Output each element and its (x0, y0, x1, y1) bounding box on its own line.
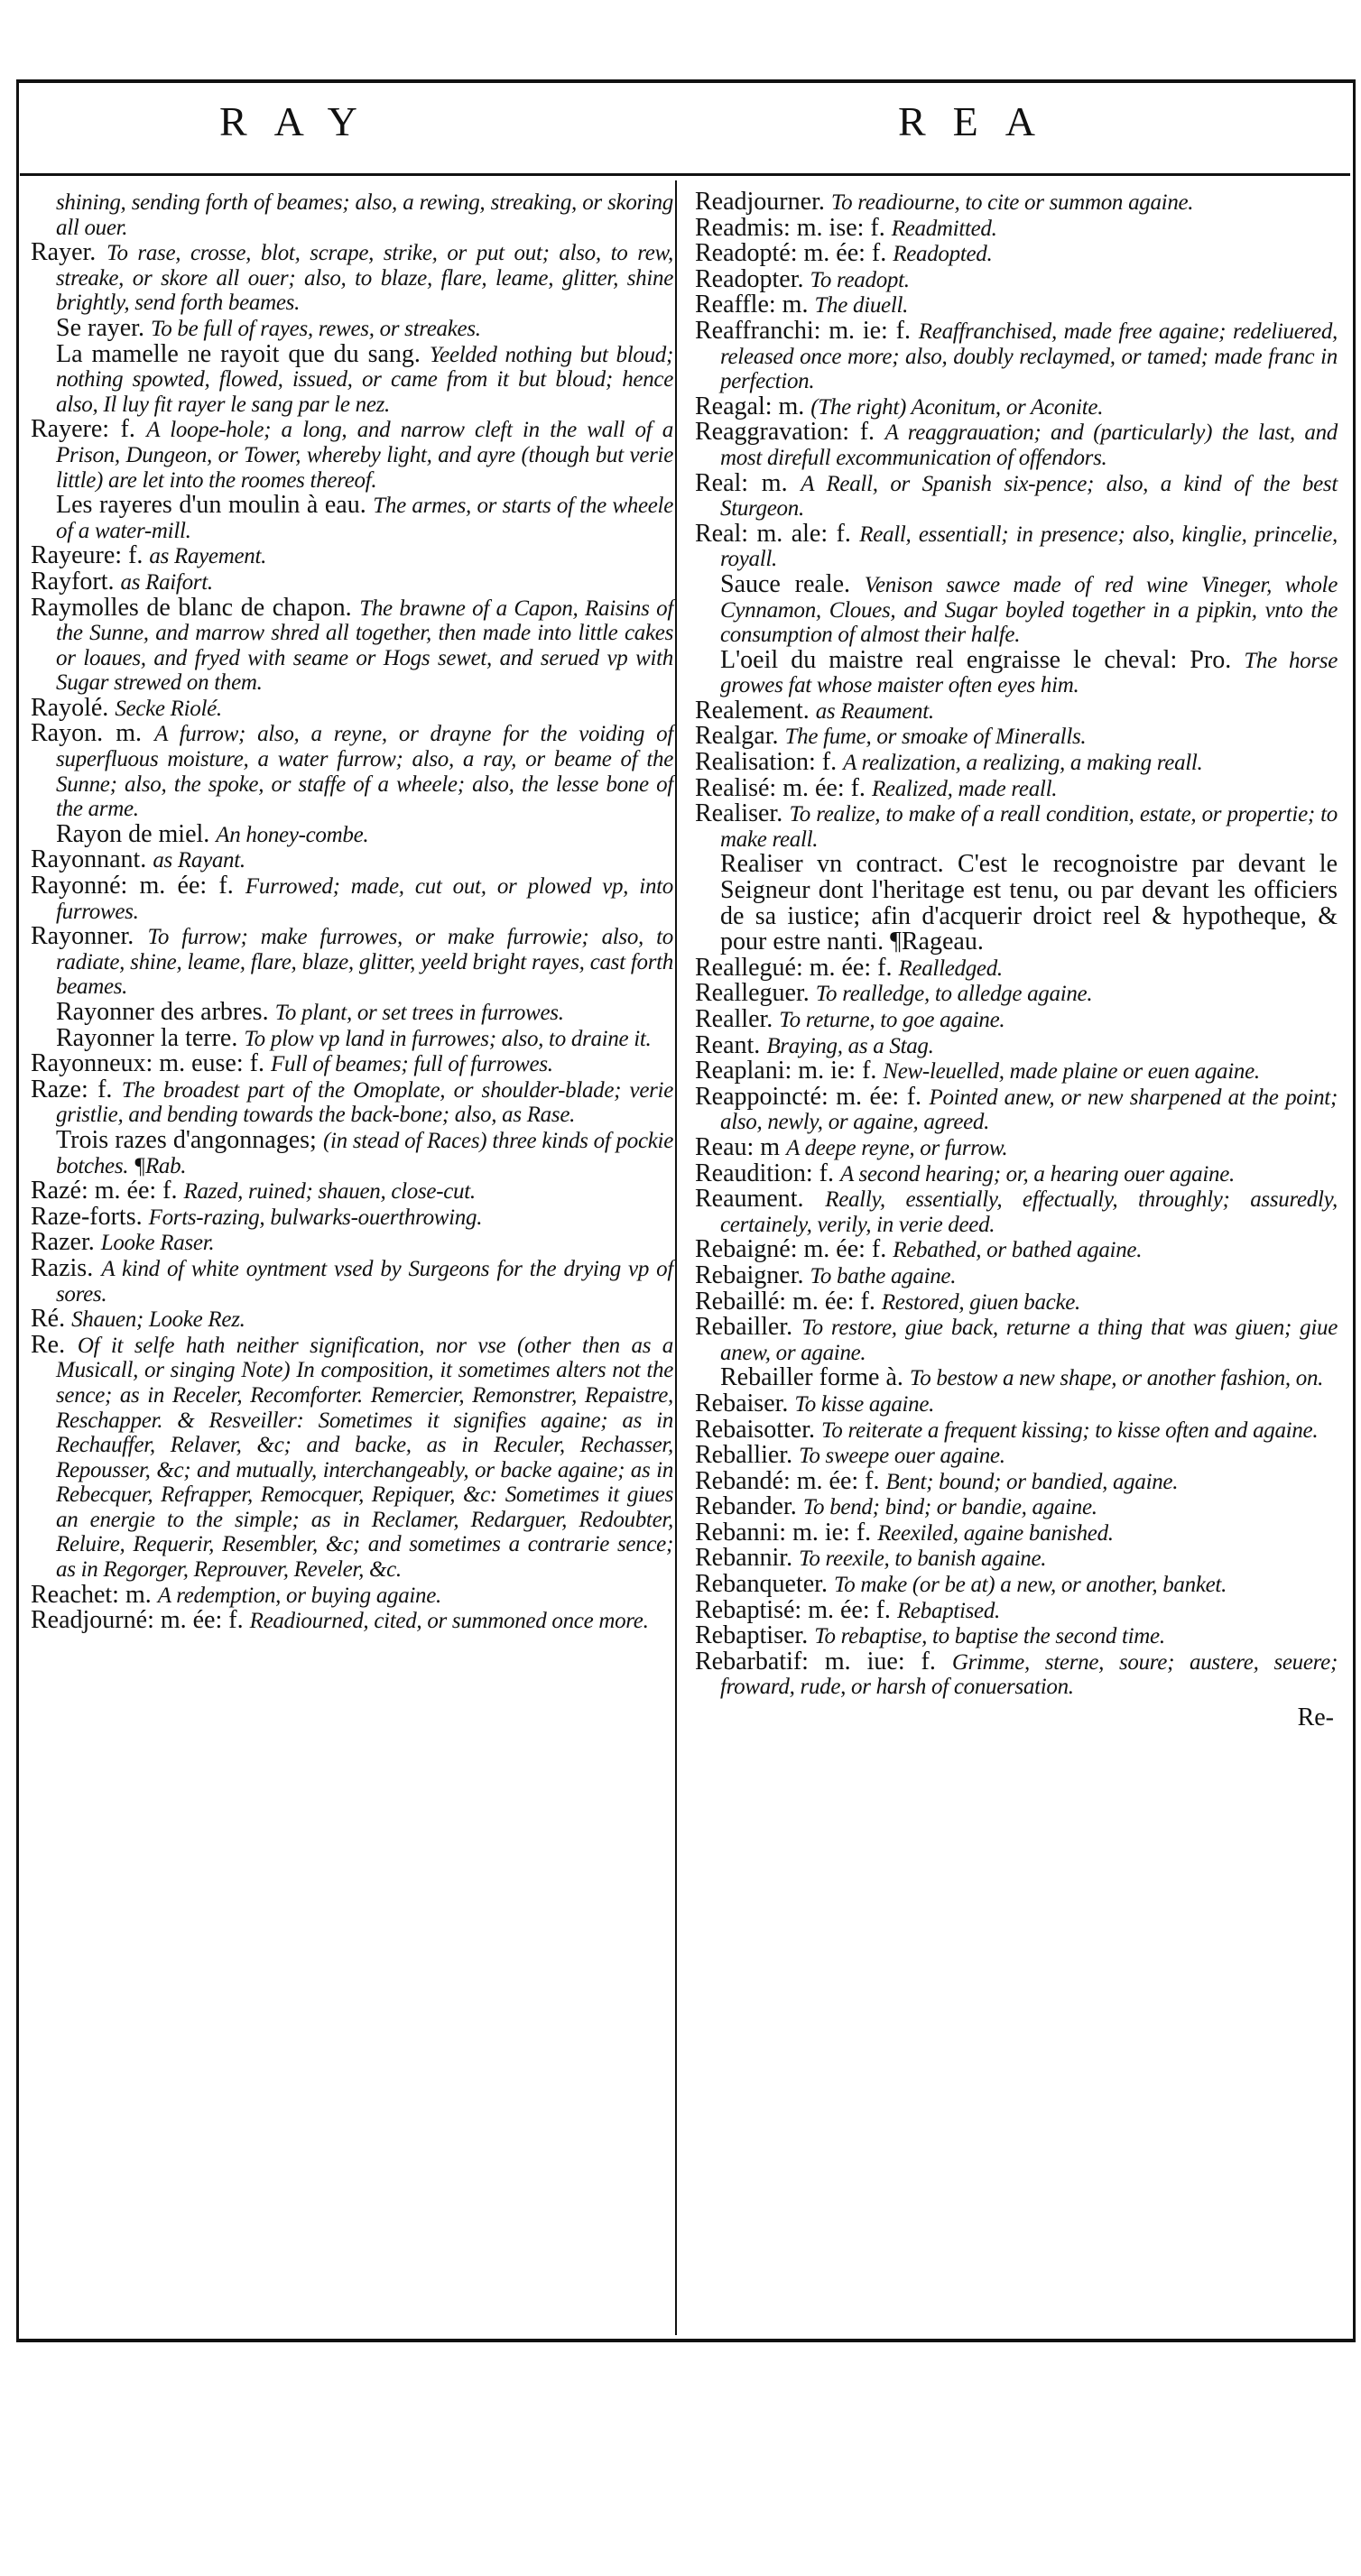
headword: Rayonner des arbres. (56, 998, 275, 1026)
headword: Rebaillé: m. ée: f. (695, 1288, 882, 1316)
headword: Reachet: m. (31, 1581, 158, 1609)
definition: (The right) Aconitum, or Aconite. (810, 395, 1103, 420)
definition: To plow vp land in furrowes; also, to dr… (244, 1027, 651, 1051)
dictionary-entry: Readjourné: m. ée: f. Readiourned, cited… (31, 1608, 673, 1634)
definition: A loope-hole; a long, and narrow cleft i… (56, 418, 673, 492)
dictionary-entry: Raymolles de blanc de chapon. The brawne… (31, 596, 673, 696)
headword: Rebailler forme à. (720, 1363, 910, 1391)
headword: Reaplani: m. ie: f. (695, 1057, 883, 1085)
definition: To be full of rayes, rewes, or streakes. (151, 317, 481, 341)
definition: as Rayant. (153, 848, 245, 873)
definition: To restore, giue back, returne a thing t… (720, 1316, 1338, 1365)
headword: Realement. (695, 697, 816, 725)
dictionary-entry: L'oeil du maistre real engraisse le chev… (695, 648, 1338, 698)
dictionary-entry: Raze-forts. Forts-razing, bulwarks-ouert… (31, 1205, 673, 1231)
headword: Raze-forts. (31, 1203, 149, 1231)
column-divider (675, 180, 677, 2335)
dictionary-entry: Reaplani: m. ie: f. New-leuelled, made p… (695, 1058, 1338, 1085)
dictionary-entry: Rebandé: m. ée: f. Bent; bound; or bandi… (695, 1469, 1338, 1495)
headword: Realleguer. (695, 979, 816, 1007)
headword: Rebandé: m. ée: f. (695, 1467, 885, 1495)
running-head-left: RAY (219, 97, 384, 145)
dictionary-entry: Rayonner. To furrow; make furrowes, or m… (31, 924, 673, 1000)
dictionary-entry: Reaudition: f. A second hearing; or, a h… (695, 1161, 1338, 1187)
dictionary-entry: Rayolé. Secke Riolé. (31, 696, 673, 722)
headword: Rayonner la terre. (56, 1024, 244, 1052)
headword: Readopter. (695, 265, 810, 293)
headword: Rayonnant. (31, 845, 153, 873)
dictionary-entry: Rebaigné: m. ée: f. Rebathed, or bathed … (695, 1237, 1338, 1263)
definition: as Rayement. (149, 544, 266, 568)
catchword: Re- (695, 1705, 1338, 1731)
headword: Rebander. (695, 1492, 803, 1520)
definition: To realledge, to alledge againe. (816, 982, 1093, 1006)
headword: Realisation: f. (695, 748, 843, 776)
dictionary-entry: Real: m. A Reall, or Spanish six-pence; … (695, 471, 1338, 522)
headword: Rayer. (31, 238, 106, 266)
header-rule (20, 173, 1350, 176)
definition: Braying, as a Stag. (766, 1034, 933, 1058)
dictionary-entry: Rayonnant. as Rayant. (31, 847, 673, 873)
dictionary-entry: La mamelle ne rayoit que du sang. Yeelde… (31, 342, 673, 418)
headword: Rebaigner. (695, 1261, 810, 1289)
dictionary-entry: Rayere: f. A loope-hole; a long, and nar… (31, 417, 673, 493)
dictionary-entry: Rebarbatif: m. iue: f. Grimme, sterne, s… (695, 1649, 1338, 1700)
dictionary-entry: Rayonneux: m. euse: f. Full of beames; f… (31, 1051, 673, 1077)
definition: To rebaptise, to baptise the second time… (814, 1624, 1165, 1648)
headword: Reballier. (695, 1441, 799, 1469)
dictionary-entry: Realgar. The fume, or smoake of Minerall… (695, 724, 1338, 750)
dictionary-entry: Realiser. To realize, to make of a reall… (695, 801, 1338, 852)
dictionary-entry: Reaffranchi: m. ie: f. Reaffranchised, m… (695, 319, 1338, 394)
dictionary-entry: Rebanqueter. To make (or be at) a new, o… (695, 1572, 1338, 1598)
headword: Realiser vn contract. C'est le recognois… (720, 850, 1338, 956)
dictionary-entry: Rebaiser. To kisse againe. (695, 1391, 1338, 1417)
dictionary-entry: Realisation: f. A realization, a realizi… (695, 750, 1338, 776)
headword: Rayere: f. (31, 415, 146, 443)
definition: A realization, a realizing, a making rea… (843, 751, 1202, 775)
definition: Secke Riolé. (115, 697, 222, 721)
dictionary-entry: Real: m. ale: f. Reall, essentiall; in p… (695, 522, 1338, 572)
headword: Razer. (31, 1228, 101, 1256)
dictionary-entry: Reallegué: m. ée: f. Realledged. (695, 956, 1338, 982)
headword: Rebaiser. (695, 1390, 794, 1417)
definition: To readiourne, to cite or summon againe. (831, 190, 1193, 215)
definition: Readopted. (893, 242, 992, 266)
headword: Rebannir. (695, 1544, 799, 1572)
headword: Readjourné: m. ée: f. (31, 1606, 250, 1634)
dictionary-entry: Razer. Looke Raser. (31, 1230, 673, 1256)
dictionary-entry: Realement. as Reaument. (695, 698, 1338, 725)
dictionary-entry: Rebaptisé: m. ée: f. Rebaptised. (695, 1598, 1338, 1624)
dictionary-entry: shining, sending forth of beames; also, … (31, 189, 673, 240)
dictionary-entry: Realler. To returne, to goe againe. (695, 1007, 1338, 1033)
dictionary-entry: Reau: m A deepe reyne, or furrow. (695, 1135, 1338, 1161)
dictionary-entry: Rayer. To rase, crosse, blot, scrape, st… (31, 240, 673, 316)
definition: The broadest part of the Omoplate, or sh… (56, 1078, 673, 1128)
definition: shining, sending forth of beames; also, … (56, 190, 673, 240)
definition: A Reall, or Spanish six-pence; also, a k… (720, 472, 1338, 522)
dictionary-entry: Rayonner la terre. To plow vp land in fu… (31, 1026, 673, 1052)
headword: Reaggravation: f. (695, 418, 885, 446)
definition: To plant, or set trees in furrowes. (275, 1001, 564, 1025)
headword: Realler. (695, 1005, 779, 1033)
definition: A redemption, or buying againe. (158, 1583, 441, 1608)
definition: A second hearing; or, a hearing ouer aga… (840, 1162, 1235, 1186)
headword: Rayfort. (31, 568, 121, 596)
definition: Shauen; Looke Rez. (71, 1307, 245, 1332)
headword: Rayonné: m. ée: f. (31, 872, 245, 900)
definition: To make (or be at) a new, or another, ba… (834, 1573, 1227, 1597)
dictionary-entry: Reappoincté: m. ée: f. Pointed anew, or … (695, 1085, 1338, 1135)
definition: Readmitted. (892, 217, 997, 241)
dictionary-entry: Rebaisotter. To reiterate a frequent kis… (695, 1417, 1338, 1444)
headword: Reant. (695, 1031, 766, 1059)
definition: To furrow; make furrowes, or make furrow… (56, 925, 673, 999)
dictionary-entry: Reballier. To sweepe ouer againe. (695, 1443, 1338, 1469)
dictionary-entry: Readmis: m. ise: f. Readmitted. (695, 216, 1338, 242)
dictionary-entry: Rebander. To bend; bind; or bandie, agai… (695, 1494, 1338, 1520)
headword: Rebanqueter. (695, 1570, 834, 1598)
headword: Realisé: m. ée: f. (695, 774, 872, 802)
dictionary-entry: Rayon de miel. An honey-combe. (31, 822, 673, 848)
definition: To reiterate a frequent kissing; to kiss… (821, 1418, 1318, 1443)
right-column: Readjourner. To readiourne, to cite or s… (695, 189, 1338, 1731)
headword: Reagal: m. (695, 392, 810, 420)
dictionary-entry: Reaffle: m. The diuell. (695, 292, 1338, 319)
definition: To readopt. (810, 268, 910, 292)
definition: Realledged. (898, 956, 1002, 981)
headword: Rebaptisé: m. ée: f. (695, 1596, 897, 1624)
dictionary-entry: Sauce reale. Venison sawce made of red w… (695, 572, 1338, 648)
definition: An honey-combe. (216, 823, 368, 847)
dictionary-entry: Rebannir. To reexile, to banish againe. (695, 1546, 1338, 1572)
headword: Real: m. (695, 469, 801, 497)
definition: To kisse againe. (794, 1392, 934, 1417)
dictionary-entry: Rebanni: m. ie: f. Reexiled, againe bani… (695, 1520, 1338, 1547)
running-head-right: REA (898, 97, 1062, 145)
dictionary-entry: Rayonné: m. ée: f. Furrowed; made, cut o… (31, 873, 673, 924)
headword: Rayonner. (31, 922, 148, 950)
headword: Readmis: m. ise: f. (695, 214, 892, 242)
page-bottom-rule (16, 2339, 1356, 2342)
definition: To bend; bind; or bandie, againe. (803, 1495, 1097, 1519)
headword: Rayeure: f. (31, 541, 149, 569)
dictionary-entry: Razis. A kind of white oyntment vsed by … (31, 1256, 673, 1306)
definition: Forts-razing, bulwarks-ouerthrowing. (149, 1205, 483, 1230)
headword: Razis. (31, 1254, 101, 1282)
definition: New-leuelled, made plaine or euen againe… (883, 1059, 1259, 1084)
dictionary-entry: Reachet: m. A redemption, or buying agai… (31, 1583, 673, 1609)
headword: Raze: f. (31, 1076, 122, 1103)
dictionary-entry: Rayon. m. A furrow; also, a reyne, or dr… (31, 721, 673, 821)
headword: La mamelle ne rayoit que du sang. (56, 340, 430, 368)
headword: Les rayeres d'un moulin à eau. (56, 491, 373, 519)
headword: Rayolé. (31, 694, 115, 722)
headword: Rayon. m. (31, 719, 154, 747)
definition: Reexiled, againe banished. (877, 1521, 1114, 1546)
dictionary-entry: Razé: m. ée: f. Razed, ruined; shauen, c… (31, 1178, 673, 1205)
headword: Reaffranchi: m. ie: f. (695, 317, 919, 345)
headword: L'oeil du maistre real engraisse le chev… (720, 646, 1244, 674)
dictionary-entry: Reaument. Really, essentially, effectual… (695, 1186, 1338, 1237)
definition: Full of beames; full of furrowes. (271, 1052, 553, 1076)
headword: Rebaptiser. (695, 1621, 814, 1649)
dictionary-entry: Raze: f. The broadest part of the Omopla… (31, 1077, 673, 1128)
headword: Reaument. (695, 1185, 825, 1213)
dictionary-entry: Realisé: m. ée: f. Realized, made reall. (695, 776, 1338, 802)
headword: Real: m. ale: f. (695, 520, 859, 548)
headword: Ré. (31, 1305, 71, 1333)
definition: Rebaptised. (897, 1599, 1000, 1623)
dictionary-entry: Rebaigner. To bathe againe. (695, 1263, 1338, 1289)
headword: Trois razes d'angonnages; (56, 1126, 323, 1154)
dictionary-entry: Rayonner des arbres. To plant, or set tr… (31, 1000, 673, 1026)
dictionary-entry: Se rayer. To be full of rayes, rewes, or… (31, 316, 673, 342)
dictionary-entry: Re. Of it selfe hath neither significati… (31, 1333, 673, 1583)
headword: Rebarbatif: m. iue: f. (695, 1648, 952, 1676)
dictionary-entry: Readopter. To readopt. (695, 267, 1338, 293)
definition: Of it selfe hath neither signification, … (56, 1334, 673, 1582)
headword: Reau: m (695, 1133, 786, 1161)
definition: The fume, or smoake of Mineralls. (785, 725, 1087, 749)
definition: To returne, to goe againe. (779, 1008, 1005, 1032)
definition: Bent; bound; or bandied, againe. (885, 1470, 1178, 1494)
definition: To reexile, to banish againe. (799, 1547, 1046, 1571)
definition: Rebathed, or bathed againe. (893, 1238, 1142, 1262)
dictionary-entry: Rayeure: f. as Rayement. (31, 543, 673, 569)
definition: A kind of white oyntment vsed by Surgeon… (56, 1257, 673, 1306)
definition: Looke Raser. (101, 1231, 215, 1255)
headword: Realiser. (695, 799, 790, 827)
headword: Rebaigné: m. ée: f. (695, 1235, 893, 1263)
headword: Rebailler. (695, 1313, 801, 1341)
definition: Realized, made reall. (872, 777, 1057, 801)
dictionary-entry: Rebailler. To restore, giue back, return… (695, 1315, 1338, 1365)
definition: To bathe againe. (810, 1264, 957, 1288)
dictionary-entry: Rebailler forme à. To bestow a new shape… (695, 1365, 1338, 1391)
definition: as Raifort. (121, 570, 213, 595)
headword: Reaudition: f. (695, 1159, 840, 1187)
definition: To sweepe ouer againe. (799, 1444, 1005, 1468)
left-column: shining, sending forth of beames; also, … (31, 189, 673, 1634)
headword: Rebaisotter. (695, 1416, 821, 1444)
definition: A deepe reyne, or furrow. (786, 1136, 1007, 1160)
dictionary-entry: Reaggravation: f. A reaggrauation; and (… (695, 420, 1338, 470)
dictionary-entry: Reant. Braying, as a Stag. (695, 1033, 1338, 1059)
headword: Rebanni: m. ie: f. (695, 1519, 877, 1547)
headword: Reallegué: m. ée: f. (695, 954, 898, 982)
definition: as Reaument. (816, 699, 934, 724)
definition: To rase, crosse, blot, scrape, strike, o… (56, 241, 673, 315)
dictionary-entry: Trois razes d'angonnages; (in stead of R… (31, 1128, 673, 1178)
definition: The diuell. (814, 293, 908, 318)
definition: Readiourned, cited, or summoned once mor… (250, 1609, 649, 1633)
headword: Realgar. (695, 722, 785, 750)
dictionary-entry: Reagal: m. (The right) Aconitum, or Acon… (695, 394, 1338, 420)
dictionary-entry: Rebaillé: m. ée: f. Restored, giuen back… (695, 1289, 1338, 1316)
definition: To bestow a new shape, or another fashio… (910, 1366, 1323, 1390)
dictionary-entry: Les rayeres d'un moulin à eau. The armes… (31, 493, 673, 543)
dictionary-entry: Readjourner. To readiourne, to cite or s… (695, 189, 1338, 216)
headword: Rayonneux: m. euse: f. (31, 1049, 271, 1077)
definition: Razed, ruined; shauen, close-cut. (183, 1179, 475, 1204)
headword: Readopté: m. ée: f. (695, 239, 893, 267)
headword: Raymolles de blanc de chapon. (31, 594, 359, 622)
dictionary-entry: Readopté: m. ée: f. Readopted. (695, 241, 1338, 267)
dictionary-entry: Rayfort. as Raifort. (31, 569, 673, 596)
dictionary-entry: Ré. Shauen; Looke Rez. (31, 1306, 673, 1333)
headword: Reaffle: m. (695, 291, 814, 319)
headword: Rayon de miel. (56, 820, 216, 848)
definition: Restored, giuen backe. (882, 1290, 1080, 1315)
headword: Readjourner. (695, 188, 831, 216)
headword: Reappoincté: m. ée: f. (695, 1083, 930, 1111)
headword: Se rayer. (56, 314, 151, 342)
headword: Re. (31, 1331, 78, 1359)
dictionary-entry: Realleguer. To realledge, to alledge aga… (695, 981, 1338, 1007)
dictionary-entry: Realiser vn contract. C'est le recognois… (695, 852, 1338, 955)
definition: To realize, to make of a reall condition… (720, 802, 1338, 852)
dictionary-entry: Rebaptiser. To rebaptise, to baptise the… (695, 1623, 1338, 1649)
headword: Razé: m. ée: f. (31, 1177, 183, 1205)
headword: Sauce reale. (720, 570, 865, 598)
